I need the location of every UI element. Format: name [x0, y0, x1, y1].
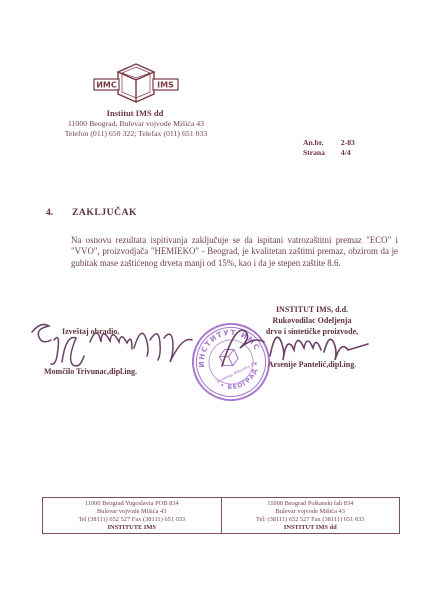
footer-address-box: 11000 Beograd Yugoslavia POB 834 Bulevar… [42, 497, 400, 534]
page-number-value: 4/4 [341, 148, 351, 157]
conclusion-paragraph: Na osnovu rezultata ispitivanja zaključu… [71, 235, 398, 269]
footer-left-cell: 11000 Beograd Yugoslavia POB 834 Bulevar… [43, 498, 222, 533]
logo-left-label: ИМС [96, 81, 117, 90]
footer-right-line2: Bulevar vojvode Mišića 43 [222, 508, 400, 516]
footer-left-line3: Tel (38111) 652 527 Fax (38111) 651 033 [43, 516, 221, 524]
footer-left-line1: 11000 Beograd Yugoslavia POB 834 [43, 500, 221, 508]
right-signature-name: Arsenije Pantelić,dipl.ing. [232, 360, 392, 369]
footer-right-cell: 11000 Beograd Poštanski fah 834 Bulevar … [222, 498, 400, 533]
section-number: 4. [46, 208, 53, 218]
footer-right-org: INSTITUT IMS dd [222, 524, 400, 532]
svg-text:ИНСТИТУТ ИМС АД: ИНСТИТУТ ИМС АД [175, 306, 262, 384]
page-number-label: Strana [303, 148, 339, 158]
left-signature-name: Momčilo Trivunac,dipl.ing. [44, 367, 137, 376]
left-signature-role: Izveštaj obradio, [62, 327, 119, 336]
org-name: Institut IMS dd [60, 108, 210, 118]
doc-number-value: 2-83 [341, 138, 355, 147]
org-address-line2: Telefon (011) 650 322; Telefax (011) 651… [38, 129, 234, 139]
doc-meta: An.br. 2-83 Strana 4/4 [303, 138, 355, 158]
stamp-ring-text-top: ИНСТИТУТ ИМС АД [175, 306, 262, 384]
footer-left-org: INSTITUTE IMS [43, 524, 221, 532]
footer-right-line1: 11000 Beograd Poštanski fah 834 [222, 500, 400, 508]
org-address: 11000 Beograd, Bulevar vojvode Mišića 43… [38, 119, 234, 138]
footer-right-line3: Tel: (38111) 652 527 Fax (38111) 651 033 [222, 516, 400, 524]
footer-left-line2: Bulevar vojvode Mišića 43 [43, 508, 221, 516]
page-number-row: Strana 4/4 [303, 148, 355, 158]
section-title: ZAKLJUČAK [72, 208, 137, 218]
doc-number-row: An.br. 2-83 [303, 138, 355, 148]
document-page: ИМС IMS Institut IMS dd 11000 Beograd, B… [0, 0, 436, 600]
institute-ims-logo-icon: ИМС IMS [92, 62, 180, 110]
logo-right-label: IMS [157, 81, 174, 90]
doc-number-label: An.br. [303, 138, 339, 148]
org-address-line1: 11000 Beograd, Bulevar vojvode Mišića 43 [38, 119, 234, 129]
